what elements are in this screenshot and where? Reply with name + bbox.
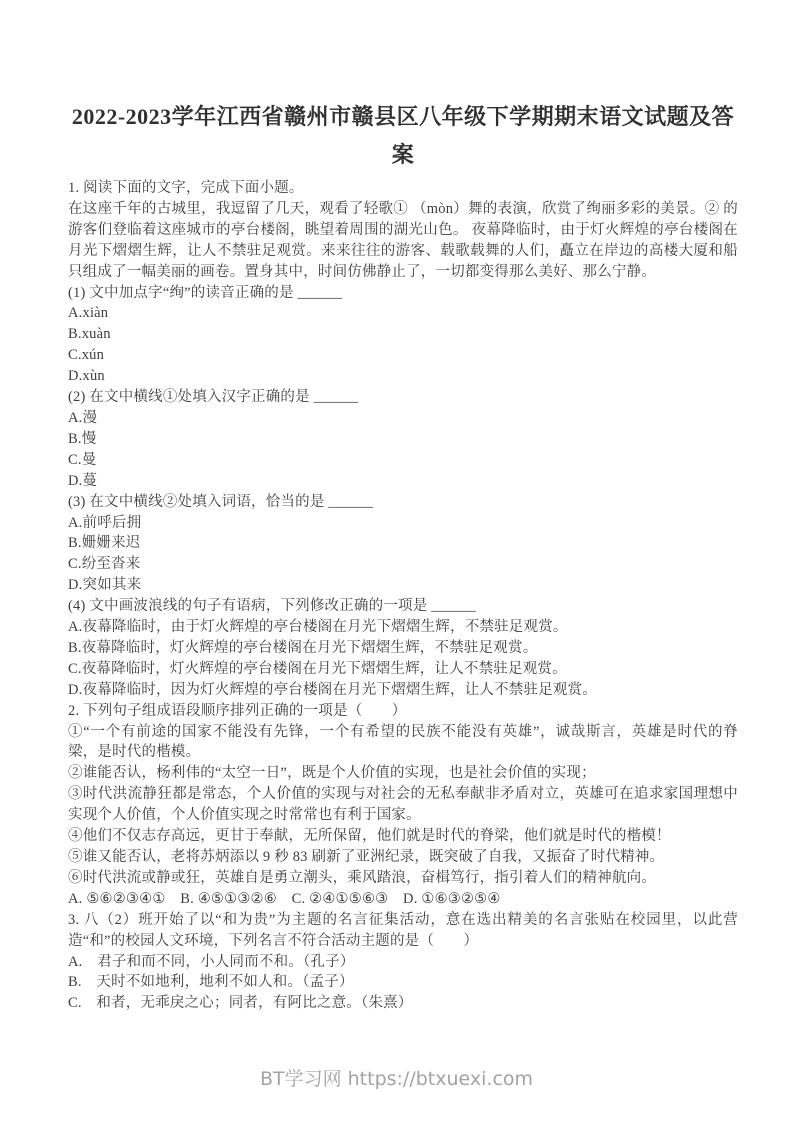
q1-sub4-option-d: D.夜幕降临时，因为灯火辉煌的亭台楼阁在月光下熠熠生辉，让人不禁驻足观赏。	[68, 680, 738, 701]
q3-option-c: C. 和者，无乖戾之心；同者，有阿比之意。（朱熹）	[68, 993, 738, 1014]
q1-sub4-option-b: B.夜幕降临时，灯火辉煌的亭台楼阁在月光下熠熠生辉，不禁驻足观赏。	[68, 638, 738, 659]
q1-sub1-option-a: A.xiàn	[68, 303, 738, 324]
q3-stem: 3. 八（2）班开始了以“和为贵”为主题的名言征集活动，意在选出精美的名言张贴在…	[68, 910, 738, 952]
q3-option-b: B. 天时不如地利，地利不如人和。（孟子）	[68, 972, 738, 993]
q1-sub3-option-b: B.姗姗来迟	[68, 533, 738, 554]
q2-sentence-4: ④他们不仅志存高远，更甘于奉献，无所保留，他们就是时代的脊梁，他们就是时代的楷模…	[68, 826, 738, 847]
document-title: 2022-2023学年江西省赣州市赣县区八年级下学期期末语文试题及答案	[68, 98, 738, 174]
q1-sub2-option-b: B.慢	[68, 429, 738, 450]
q1-sub2-stem: (2) 在文中横线①处填入汉字正确的是 ______	[68, 387, 738, 408]
exam-document-page: 2022-2023学年江西省赣州市赣县区八年级下学期期末语文试题及答案 1. 阅…	[0, 0, 793, 1122]
q2-sentence-6: ⑥时代洪流或静或狂，英雄自是勇立潮头，乘风踏浪，奋楫笃行，指引着人们的精神航向。	[68, 868, 738, 889]
q1-sub1-option-b: B.xuàn	[68, 324, 738, 345]
q2-sentence-5: ⑤谁又能否认，老将苏炳添以 9 秒 83 刷新了亚洲纪录，既突破了自我，又振奋了…	[68, 847, 738, 868]
q1-sub3-option-c: C.纷至沓来	[68, 554, 738, 575]
q1-sub4-stem: (4) 文中画波浪线的句子有语病，下列修改正确的一项是 ______	[68, 596, 738, 617]
q1-sub1-option-c: C.xún	[68, 345, 738, 366]
q1-sub2-option-a: A.漫	[68, 408, 738, 429]
q2-options-line: A. ⑤⑥②③④① B. ④⑤①③②⑥ C. ②④①⑤⑥③ D. ①⑥③②⑤④	[68, 889, 738, 910]
q3-option-a: A. 君子和而不同，小人同而不和。（孔子）	[68, 952, 738, 973]
q1-sub3-option-a: A.前呼后拥	[68, 513, 738, 534]
q1-sub3-stem: (3) 在文中横线②处填入词语，恰当的是 ______	[68, 492, 738, 513]
q1-sub2-option-c: C.曼	[68, 450, 738, 471]
q1-passage: 在这座千年的古城里，我逗留了几天，观看了轻歌① （mòn）舞的表演，欣赏了绚丽多…	[68, 199, 738, 283]
q1-sub2-option-d: D.蔓	[68, 471, 738, 492]
q2-sentence-2: ②谁能否认，杨利伟的“太空一日”，既是个人价值的实现，也是社会价值的实现；	[68, 763, 738, 784]
q2-stem: 2. 下列句子组成语段顺序排列正确的一项是（ ）	[68, 701, 738, 722]
exam-body: 1. 阅读下面的文字，完成下面小题。 在这座千年的古城里，我逗留了几天，观看了轻…	[68, 178, 738, 1014]
watermark: BT学习网 https://btxuexi.com	[0, 1064, 793, 1091]
q1-sub3-option-d: D.突如其来	[68, 575, 738, 596]
q2-sentence-1: ①“一个有前途的国家不能没有先锋，一个有希望的民族不能没有英雄”，诚哉斯言，英雄…	[68, 722, 738, 764]
q1-sub4-option-c: C.夜幕降临时，灯火辉煌的亭台楼阁在月光下熠熠生辉，让人不禁驻足观赏。	[68, 659, 738, 680]
watermark-text: BT学习网 https://btxuexi.com	[260, 1068, 533, 1090]
q1-lead: 1. 阅读下面的文字，完成下面小题。	[68, 178, 738, 199]
q1-sub4-option-a: A.夜幕降临时，由于灯火辉煌的亭台楼阁在月光下熠熠生辉，不禁驻足观赏。	[68, 617, 738, 638]
q1-sub1-stem: (1) 文中加点字“绚”的读音正确的是 ______	[68, 283, 738, 304]
q2-sentence-3: ③时代洪流静狂都是常态，个人价值的实现与对社会的无私奉献非矛盾对立，英雄可在追求…	[68, 784, 738, 826]
q1-sub1-option-d: D.xùn	[68, 366, 738, 387]
